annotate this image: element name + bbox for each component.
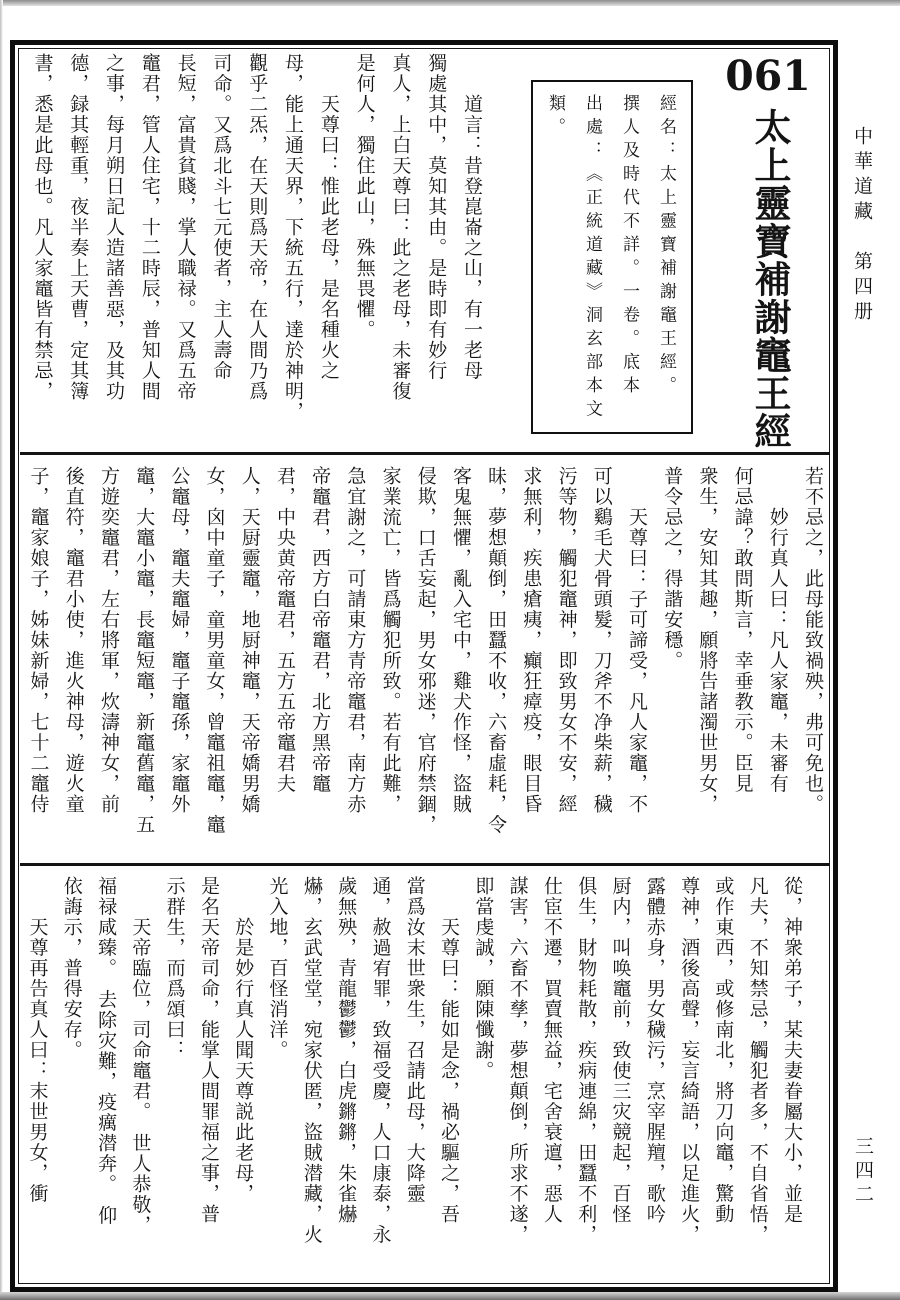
scan-edge-top: [0, 0, 900, 6]
text-column: 仕宦不遷，買賣無益，宅舍衰邅，惡人: [534, 876, 568, 1282]
text-column: 天尊再告真人曰：末世男女，衝: [19, 876, 53, 1282]
text-column: 從，神衆弟子，某夫妻眷屬大小，並是: [774, 876, 808, 1282]
text-column: 公竈母，竈夫竈婦，竈子竈孫，家竈外: [161, 466, 196, 860]
text-column: 俱生，財物耗散，疾病連綿，田蠶不利，: [568, 876, 602, 1282]
text-column: 通，赦過宥罪，致福受慶，人口康泰，永: [362, 876, 396, 1282]
text-column: 衆生，安知其趣，願將告諸濁世男女，: [689, 466, 724, 860]
text-column: 歲無殃，青龍鬱鬱，白虎鏘鏘，朱雀爀: [328, 876, 362, 1282]
text-column: 福禄咸臻。 去除灾難，疫癘潜奔。 仰: [88, 876, 122, 1282]
scan-edge-left: [0, 0, 3, 1300]
text-column: 侵欺，口舌妄起，男女邪迷，官府禁錮，: [408, 466, 443, 860]
text-column: 書，悉是此母也。凡人家竈皆有禁忌，: [24, 53, 60, 451]
text-column: 君，中央黄帝竈君，五方五帝竈君夫: [267, 466, 302, 860]
text-column: 人，天厨靈竈，地厨神竈，天帝嬌男嬌: [232, 466, 267, 860]
text-column: 子，竈家娘子，姊妹新婦，七十二竈侍: [20, 466, 55, 860]
register-bottom: 從，神衆弟子，某夫妻眷屬大小，並是凡夫，不知禁忌，觸犯者多，不自省悟，或作東西，…: [20, 876, 808, 1282]
scripture-title: 太上靈寶補謝竈王經: [727, 108, 809, 458]
scan-edge-bottom: [0, 1292, 900, 1300]
text-column: 長短，富貴貧賤，掌人職禄。又爲五帝: [167, 53, 203, 451]
text-column: 後直符，竈君小使，進火神母，遊火童: [56, 466, 91, 860]
text-column: 求無利，疾患瘡痍，癲狂瘴疫，眼目昏: [513, 466, 548, 860]
text-column: 妙行真人曰：凡人家竈，未審有: [760, 466, 795, 860]
text-column: 尊神，酒後高聲，妄言綺語，以足進火，: [671, 876, 705, 1282]
text-column: 出處：《正統道藏》洞玄部本文: [574, 94, 611, 424]
text-column: 方遊奕竈君，左右將軍，炊濤神女，前: [91, 466, 126, 860]
scripture-code: 061: [720, 52, 816, 104]
text-column: 類。: [537, 94, 574, 424]
text-column: 女，囟中童子，童男童女，曾竈祖竈，竈: [196, 466, 231, 860]
register-separator-1: [20, 452, 830, 455]
scripture-title-text: 太上靈寶補謝竈王經: [741, 108, 795, 458]
text-column: 露體赤身，男女穢污，烹宰腥羶，歌吟: [637, 876, 671, 1282]
text-column: 竈君，管人住宅，十二時辰，普知人間: [131, 53, 167, 451]
register-top: 道言：昔登崑崙之山，有一老母獨處其中，莫知其由。是時即有妙行真人，上白天尊曰：此…: [23, 53, 489, 451]
text-column: 帝竈君，西方白帝竈君，北方黑帝竈: [302, 466, 337, 860]
text-column: 污等物，觸犯竈神，即致男女不安，經: [548, 466, 583, 860]
text-column: 或作東西，或修南北，將刀向竈，驚動: [705, 876, 739, 1282]
register-separator-2: [20, 863, 830, 866]
text-column: 凡夫，不知禁忌，觸犯者多，不自省悟，: [739, 876, 773, 1282]
text-column: 普令忌之，得諧安穩。: [654, 466, 689, 860]
text-column: 德，録其輕重，夜半奏上天曹，定其簿: [59, 53, 95, 451]
text-column: 何忌諱？敢問斯言，幸垂教示。臣見: [724, 466, 759, 860]
text-column: 竈，大竈小竈，長竈短竈，新竈舊竈，五: [126, 466, 161, 860]
text-column: 天尊曰：惟此老母，是名種火之: [310, 53, 346, 451]
text-column: 示群生，而爲頌曰：: [156, 876, 190, 1282]
text-column: 謀害，六畜不孳，夢想顛倒，所求不遂，: [499, 876, 533, 1282]
text-column: 天帝臨位，司命竈君。 世人恭敬，: [122, 876, 156, 1282]
volume-label: 中華道藏 第四册: [848, 126, 875, 356]
text-column: 厨内，叫唤竈前，致使三灾競起，百怪: [602, 876, 636, 1282]
text-column: 獨處其中，莫知其由。是時即有妙行: [417, 53, 453, 451]
colophon-text: 經名：太上靈寶補謝竈王經。撰人及時代不詳。一卷。底本出處：《正統道藏》洞玄部本文…: [537, 94, 685, 424]
text-column: 於是妙行真人聞天尊説此老母，: [225, 876, 259, 1282]
text-column: 母，能上通天界，下統五行，達於神明，: [274, 53, 310, 451]
text-column: 光入地，百怪消洋。: [259, 876, 293, 1282]
text-column: 家業流亡，皆爲觸犯所致。若有此難，: [372, 466, 407, 860]
colophon-box: 經名：太上靈寶補謝竈王經。撰人及時代不詳。一卷。底本出處：《正統道藏》洞玄部本文…: [531, 80, 693, 434]
folio-number: 三四二: [849, 1136, 876, 1246]
text-column: 道言：昔登崑崙之山，有一老母: [453, 53, 489, 451]
text-column: 真人，上白天尊曰：此之老母，未審復: [382, 53, 418, 451]
text-column: 當爲汝末世衆生，召請此母，大降靈: [396, 876, 430, 1282]
text-column: 可以鷄毛犬骨頭髮，刀斧不净柴薪，穢: [584, 466, 619, 860]
text-column: 即當虔誠，願陳懺謝。: [465, 876, 499, 1282]
text-column: 經名：太上靈寶補謝竈王經。: [648, 94, 685, 424]
text-column: 天尊曰：能如是念，禍必驅之，吾: [431, 876, 465, 1282]
text-column: 是何人，獨住此山，殊無畏懼。: [346, 53, 382, 451]
text-column: 客鬼無懼，亂入宅中，雞犬作怪，盜賊: [443, 466, 478, 860]
text-column: 急宜謝之，可請東方青帝竈君，南方赤: [337, 466, 372, 860]
text-column: 是名天帝司命，能掌人間罪福之事，普: [191, 876, 225, 1282]
text-column: 若不忌之，此母能致禍殃，弗可免也。: [795, 466, 830, 860]
text-column: 昧，夢想顛倒，田蠶不收，六畜虛耗，令: [478, 466, 513, 860]
text-column: 司命。又爲北斗七元使者，主人壽命: [203, 53, 239, 451]
text-column: 爀，玄武堂堂，宛家伏匿，盜賊潜藏，火: [294, 876, 328, 1282]
text-column: 依誨示，普得安存。: [53, 876, 87, 1282]
text-column: 之事，每月朔日記人造諸善惡，及其功: [95, 53, 131, 451]
text-column: 撰人及時代不詳。一卷。底本: [611, 94, 648, 424]
register-middle: 若不忌之，此母能致禍殃，弗可免也。妙行真人曰：凡人家竈，未審有何忌諱？敢問斯言，…: [20, 466, 830, 860]
text-column: 天尊曰：子可諦受，凡人家竈，不: [619, 466, 654, 860]
text-column: 觀乎二炁，在天則爲天帝，在人間乃爲: [238, 53, 274, 451]
